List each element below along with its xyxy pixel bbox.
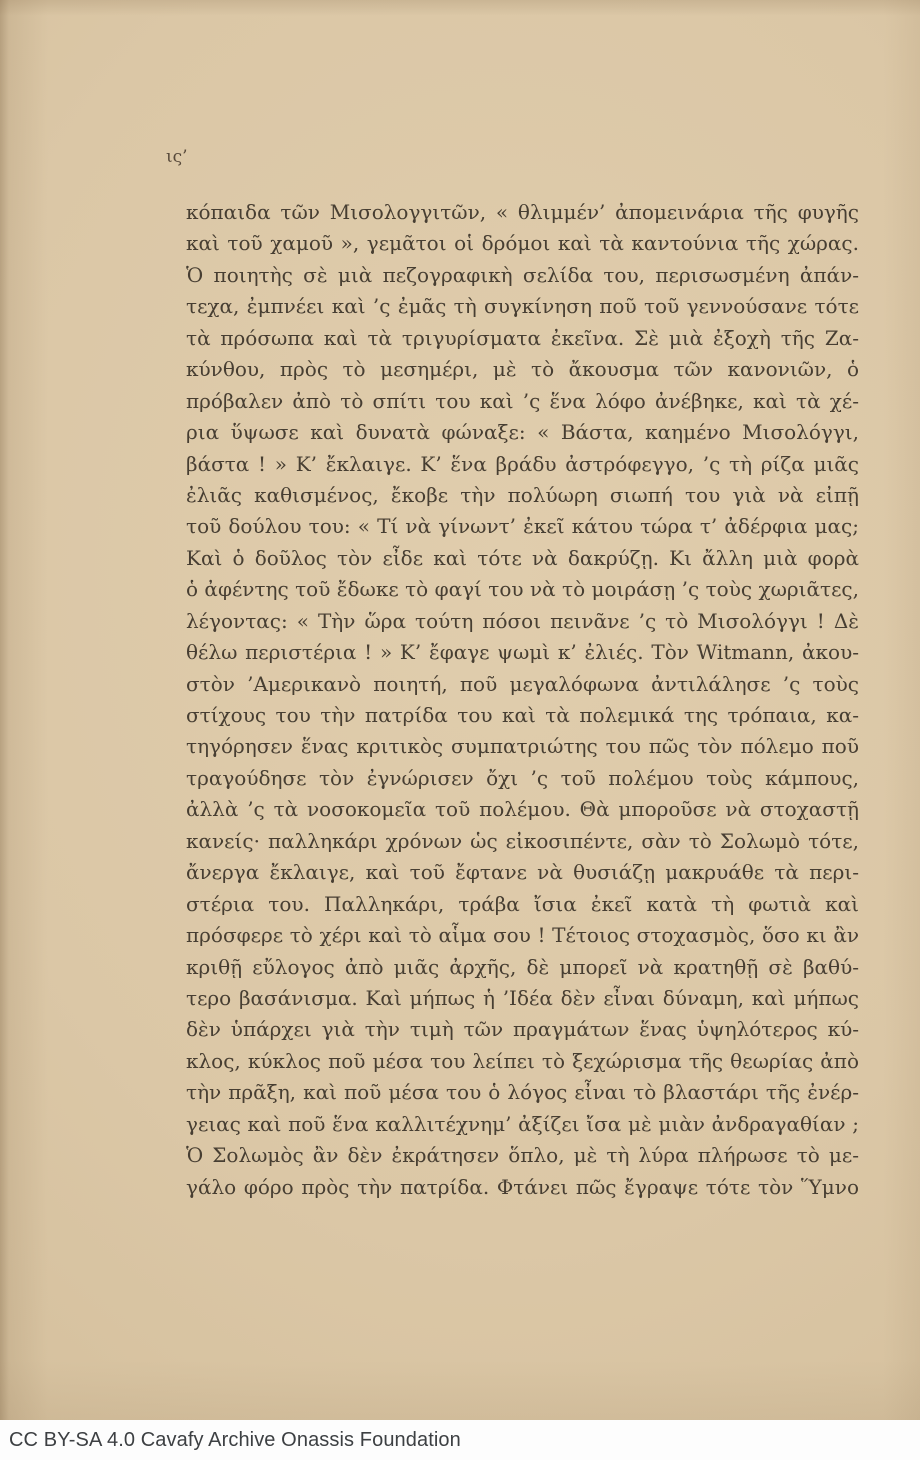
text-line: ἐλιᾶς καθισμένος, ἔκοβε τὴν πολύωρη σιωπ… xyxy=(186,480,859,511)
text-line: βάστα ! » Κ’ ἔκλαιγε. Κ’ ἕνα βράδυ ἀστρό… xyxy=(186,449,859,480)
license-bar: CC BY-SA 4.0 Cavafy Archive Onassis Foun… xyxy=(0,1420,920,1460)
text-line: τραγούδησε τὸν ἐγνώρισεν ὄχι ’ς τοῦ πολέ… xyxy=(186,763,859,794)
text-line: Ὁ Σολωμὸς ἂν δὲν ἐκράτησεν ὅπλο, μὲ τὴ λ… xyxy=(186,1140,859,1171)
text-line: ἀλλὰ ’ς τὰ νοσοκομεῖα τοῦ πολέμου. Θὰ μπ… xyxy=(186,794,859,825)
scanned-book-page: ις’ κόπαιδα τῶν Μισολογγιτῶν, « θλιμμέν’… xyxy=(0,0,920,1420)
text-line: θέλω περιστέρια ! » Κ’ ἔφαγε ψωμὶ κ’ ἐλι… xyxy=(186,637,859,668)
text-line: ὁ ἀφέντης τοῦ ἔδωκε τὸ φαγί του νὰ τὸ μο… xyxy=(186,574,859,605)
text-line: κλος, κύκλος ποῦ μέσα του λείπει τὸ ξεχώ… xyxy=(186,1046,859,1077)
quire-signature-mark: ις’ xyxy=(166,147,188,167)
text-line: τοῦ δούλου του: « Τί νὰ γίνωντ’ ἐκεῖ κάτ… xyxy=(186,511,859,542)
text-line: τερο βασάνισμα. Καὶ μήπως ἡ ’Ιδέα δὲν εἶ… xyxy=(186,983,859,1014)
text-line: πρόσφερε τὸ χέρι καὶ τὸ αἷμα σου ! Τέτοι… xyxy=(186,920,859,951)
text-line: στίχους του τὴν πατρίδα του καὶ τὰ πολεμ… xyxy=(186,700,859,731)
body-text: κόπαιδα τῶν Μισολογγιτῶν, « θλιμμέν’ ἀπο… xyxy=(186,197,859,1203)
text-line: τὴν πρᾶξη, καὶ ποῦ μέσα του ὁ λόγος εἶνα… xyxy=(186,1077,859,1108)
text-line: Ὁ ποιητὴς σὲ μιὰ πεζογραφικὴ σελίδα του,… xyxy=(186,260,859,291)
text-line: στέρια του. Παλληκάρι, τράβα ἴσια ἐκεῖ κ… xyxy=(186,889,859,920)
text-line: ρια ὕψωσε καὶ δυνατὰ φώναξε: « Βάστα, κα… xyxy=(186,417,859,448)
text-line: γάλο φόρο πρὸς τὴν πατρίδα. Φτάνει πῶς ἔ… xyxy=(186,1172,859,1203)
text-line: τεχα, ἐμπνέει καὶ ’ς ἐμᾶς τὴ συγκίνηση π… xyxy=(186,291,859,322)
text-line: τὰ πρόσωπα καὶ τὰ τριγυρίσματα ἐκεῖνα. Σ… xyxy=(186,323,859,354)
text-line: κύνθου, πρὸς τὸ μεσημέρι, μὲ τὸ ἄκουσμα … xyxy=(186,354,859,385)
text-line: ἄνεργα ἔκλαιγε, καὶ τοῦ ἔφτανε νὰ θυσιάζ… xyxy=(186,857,859,888)
text-line: δὲν ὑπάρχει γιὰ τὴν τιμὴ τῶν πραγμάτων ἕ… xyxy=(186,1014,859,1045)
text-line: τηγόρησεν ἕνας κριτικὸς συμπατριώτης του… xyxy=(186,731,859,762)
text-line: κριθῇ εὔλογος ἀπὸ μιᾶς ἀρχῆς, δὲ μπορεῖ … xyxy=(186,952,859,983)
text-line: λέγοντας: « Τὴν ὥρα τούτη πόσοι πεινᾶνε … xyxy=(186,606,859,637)
license-text: CC BY-SA 4.0 Cavafy Archive Onassis Foun… xyxy=(9,1429,461,1452)
text-line: πρόβαλεν ἀπὸ τὸ σπίτι του καὶ ’ς ἕνα λόφ… xyxy=(186,386,859,417)
text-line: Καὶ ὁ δοῦλος τὸν εἶδε καὶ τότε νὰ δακρύζ… xyxy=(186,543,859,574)
text-line: κανείς· παλληκάρι χρόνων ὡς εἰκοσιπέντε,… xyxy=(186,826,859,857)
text-line: κόπαιδα τῶν Μισολογγιτῶν, « θλιμμέν’ ἀπο… xyxy=(186,197,859,228)
text-line: καὶ τοῦ χαμοῦ », γεμᾶτοι οἱ δρόμοι καὶ τ… xyxy=(186,228,859,259)
text-line: στὸν ’Αμερικανὸ ποιητή, ποῦ μεγαλόφωνα ἀ… xyxy=(186,669,859,700)
text-line: γειας καὶ ποῦ ἕνα καλλιτέχνημ’ ἀξίζει ἴσ… xyxy=(186,1109,859,1140)
